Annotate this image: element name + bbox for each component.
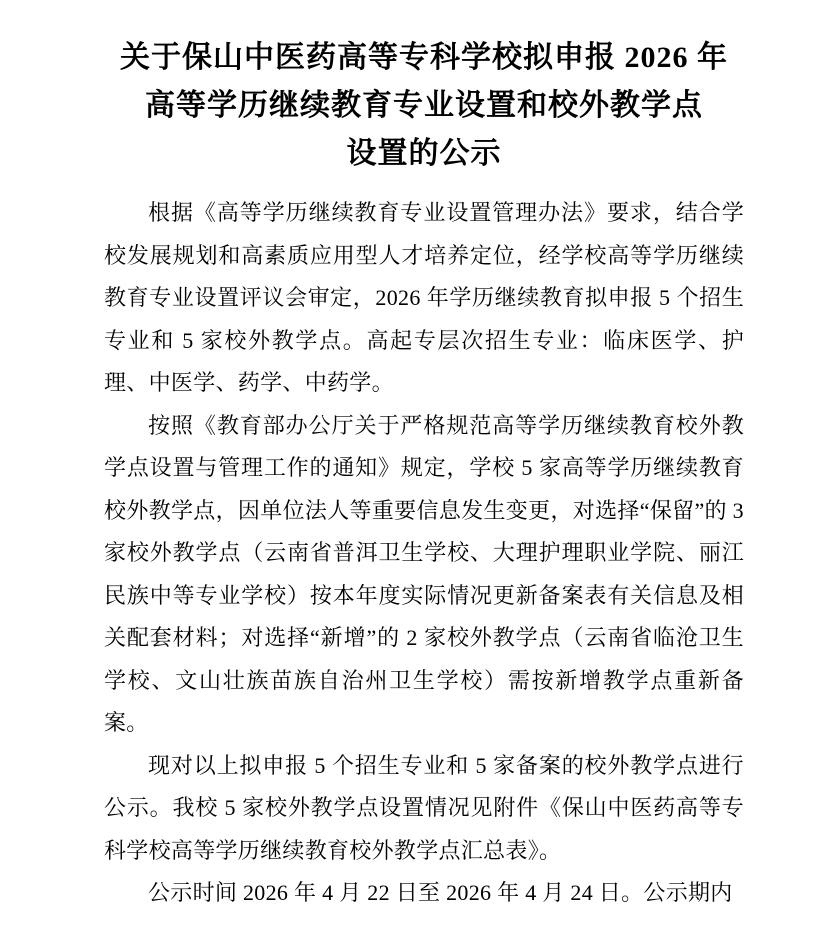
paragraph-public-period: 公示时间 2026 年 4 月 22 日至 2026 年 4 月 24 日。公示… — [104, 872, 744, 915]
title-line-2: 高等学历继续教育专业设置和校外教学点 — [104, 82, 744, 130]
document-page: 关于保山中医药高等专科学校拟申报 2026 年 高等学历继续教育专业设置和校外教… — [0, 0, 832, 951]
paragraph-intro: 根据《高等学历继续教育专业设置管理办法》要求，结合学校发展规划和高素质应用型人才… — [104, 192, 744, 405]
document-title: 关于保山中医药高等专科学校拟申报 2026 年 高等学历继续教育专业设置和校外教… — [104, 34, 744, 178]
paragraph-announcement: 现对以上拟申报 5 个招生专业和 5 家备案的校外教学点进行公示。我校 5 家校… — [104, 745, 744, 873]
paragraph-teaching-points: 按照《教育部办公厅关于严格规范高等学历继续教育校外教学点设置与管理工作的通知》规… — [104, 405, 744, 745]
title-line-1: 关于保山中医药高等专科学校拟申报 2026 年 — [104, 34, 744, 82]
document-body: 根据《高等学历继续教育专业设置管理办法》要求，结合学校发展规划和高素质应用型人才… — [104, 192, 744, 915]
title-line-3: 设置的公示 — [104, 130, 744, 178]
